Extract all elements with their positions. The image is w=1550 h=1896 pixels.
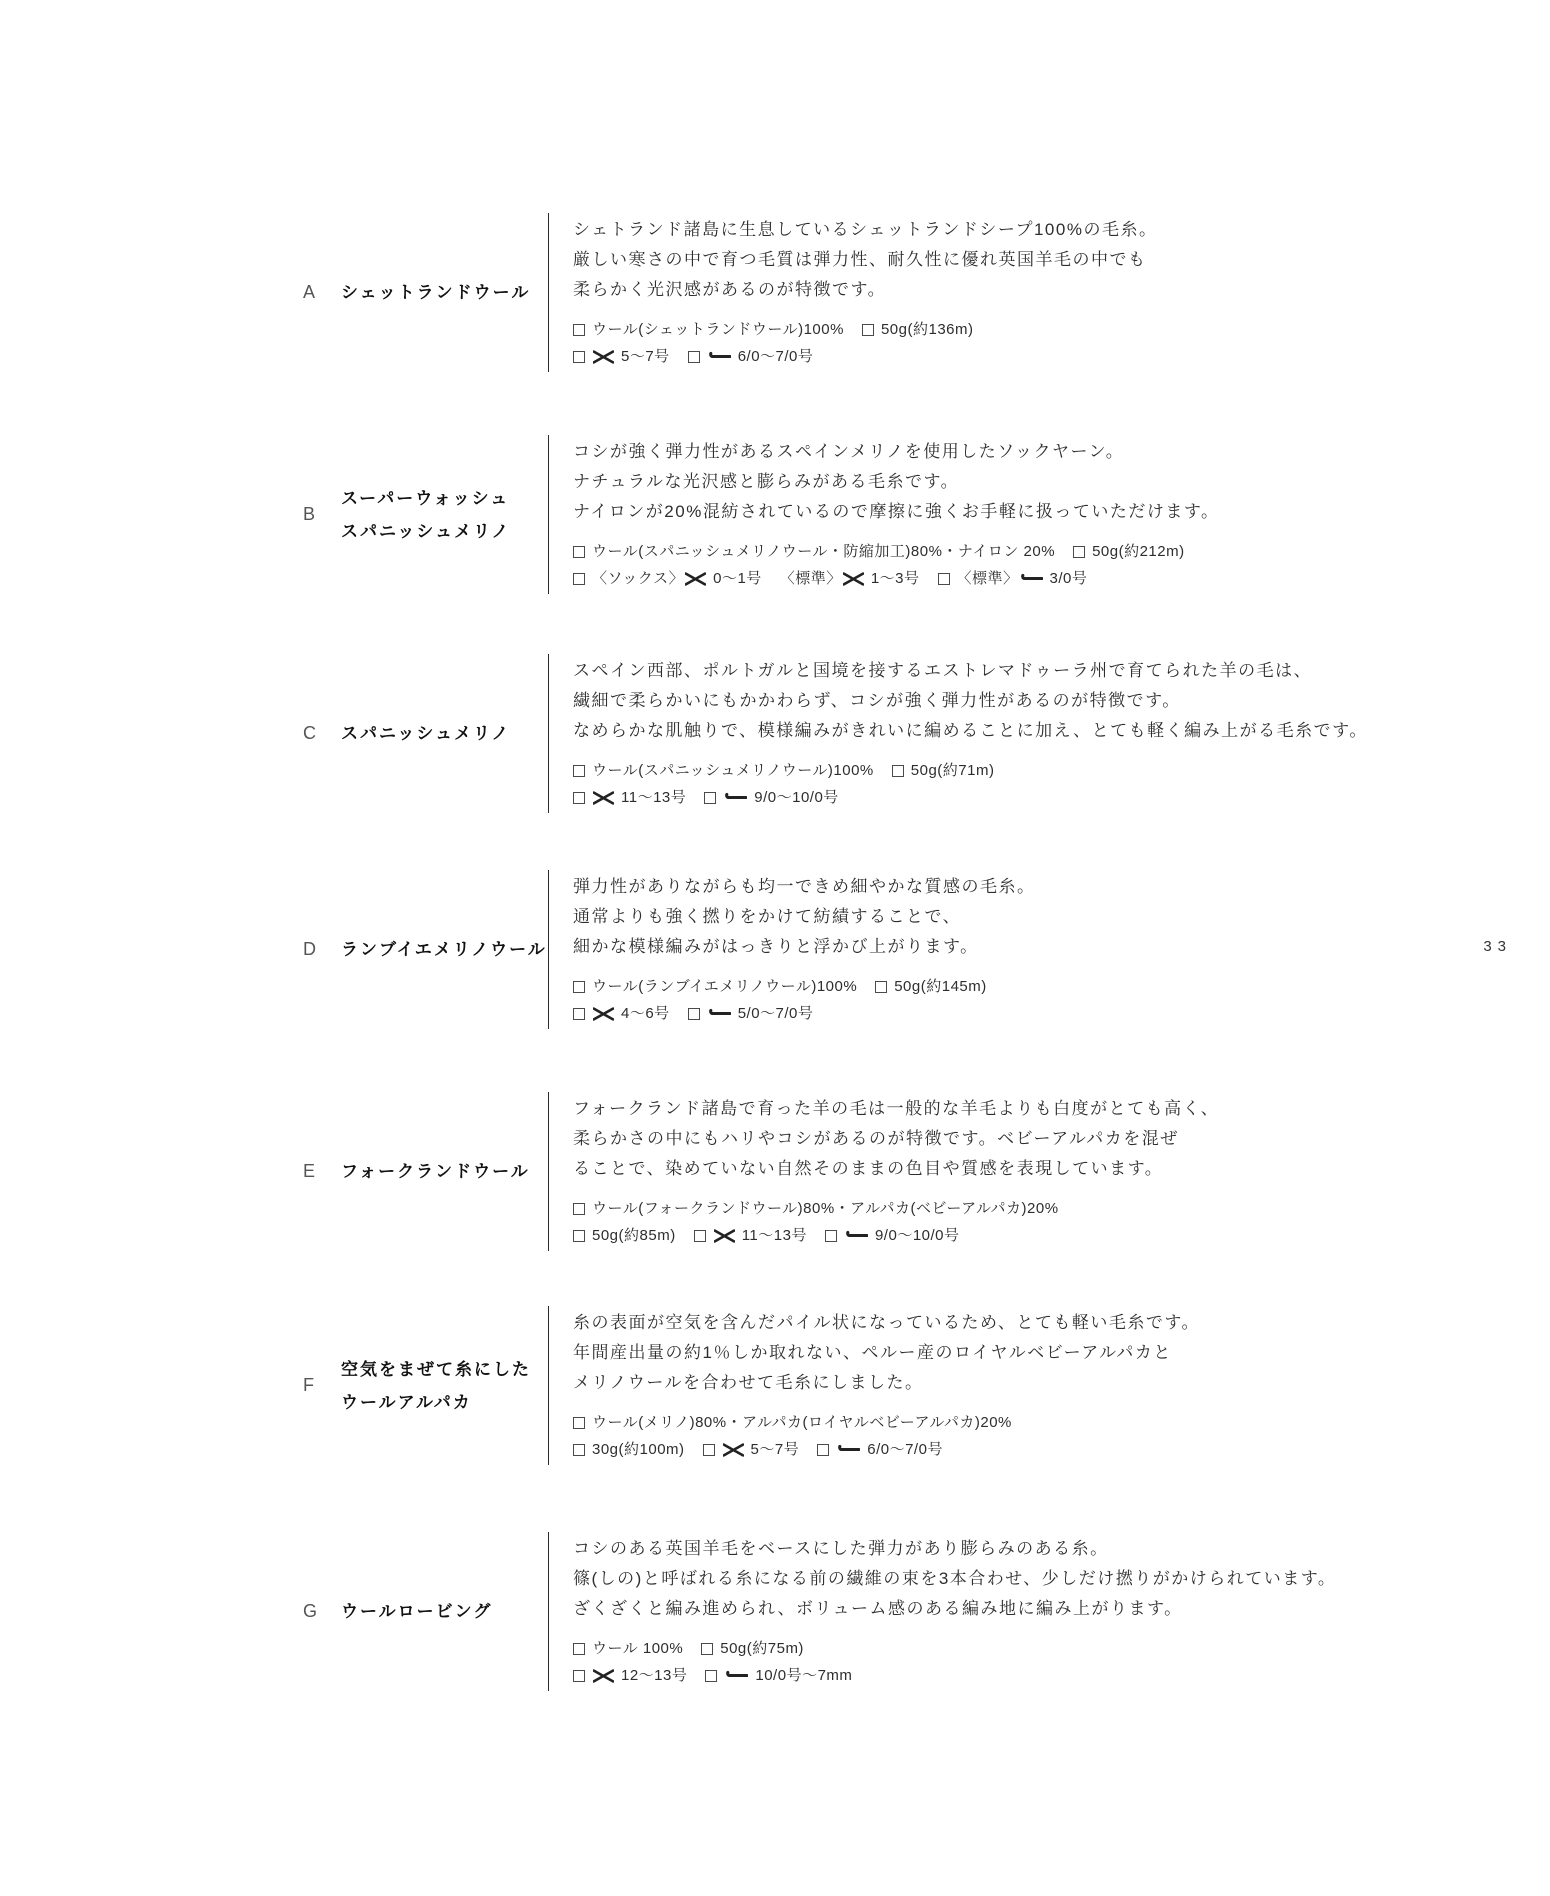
crochet-hook-icon [1020, 573, 1043, 584]
spec-text: ウール(メリノ)80%・アルパカ(ロイヤルベビーアルパカ)20% [592, 1409, 1012, 1436]
spec-text: ウール(スパニッシュメリノウール・防縮加工)80%・ナイロン 20% [592, 538, 1055, 565]
crochet-hook-icon [708, 1008, 731, 1019]
yarn-specs: ウール(スパニッシュメリノウール)100%50g(約71m)11〜13号9/0〜… [573, 757, 1550, 811]
crossed-knitting-needles-icon [593, 350, 614, 364]
description-line: 糸の表面が空気を含んだパイル状になっているため、とても軽い毛糸です。 [573, 1308, 1550, 1338]
yarn-name-line: スーパーウォッシュ [341, 482, 548, 515]
yarn-name-line: ウールアルパカ [341, 1386, 548, 1419]
yarn-name-line: スパニッシュメリノ [341, 717, 548, 750]
spec-text: 5〜7号 [751, 1436, 800, 1463]
crossed-knitting-needles-icon [593, 791, 614, 805]
spec-line: ウール(メリノ)80%・アルパカ(ロイヤルベビーアルパカ)20% [573, 1409, 1550, 1436]
yarn-name: ランブイエメリノウール [341, 933, 548, 966]
checkbox-icon [573, 1670, 585, 1682]
spec-text: 50g(約136m) [881, 316, 974, 343]
checkbox-icon [688, 1008, 700, 1020]
yarn-section-e: Eフォークランドウールフォークランド諸島で育った羊の毛は一般的な羊毛よりも白度が… [0, 1092, 1550, 1251]
section-content: 弾力性がありながらも均一できめ細やかな質感の毛糸。通常よりも強く撚りをかけて紡績… [548, 870, 1550, 1029]
section-content: コシのある英国羊毛をベースにした弾力があり膨らみのある糸。篠(しの)と呼ばれる糸… [548, 1532, 1550, 1691]
yarn-name: スーパーウォッシュスパニッシュメリノ [341, 482, 548, 548]
spec-line: 50g(約85m)11〜13号9/0〜10/0号 [573, 1222, 1550, 1249]
spec-text: 〈標準〉 [780, 565, 842, 592]
crossed-knitting-needles-icon [714, 1229, 735, 1243]
description-line: メリノウールを合わせて毛糸にしました。 [573, 1368, 1550, 1398]
yarn-name-line: ランブイエメリノウール [341, 933, 548, 966]
crochet-hook-icon [724, 792, 747, 803]
description-line: 繊細で柔らかいにもかかわらず、コシが強く弾力性があるのが特徴です。 [573, 686, 1550, 716]
checkbox-icon [573, 1230, 585, 1242]
description-line: コシが強く弾力性があるスペインメリノを使用したソックヤーン。 [573, 437, 1550, 467]
spec-text: 50g(約212m) [1092, 538, 1185, 565]
description-line: 篠(しの)と呼ばれる糸になる前の繊維の束を3本合わせ、少しだけ撚りがかけられてい… [573, 1564, 1550, 1594]
spec-text: 6/0〜7/0号 [867, 1436, 943, 1463]
section-content: 糸の表面が空気を含んだパイル状になっているため、とても軽い毛糸です。年間産出量の… [548, 1306, 1550, 1465]
description-line: 通常よりも強く撚りをかけて紡績することで、 [573, 902, 1550, 932]
checkbox-icon [938, 573, 950, 585]
checkbox-icon [705, 1670, 717, 1682]
checkbox-icon [1073, 546, 1085, 558]
checkbox-icon [573, 792, 585, 804]
spec-text: 4〜6号 [621, 1000, 670, 1027]
spec-text: 0〜1号 [713, 565, 762, 592]
checkbox-icon [573, 1203, 585, 1215]
yarn-specs: ウール(メリノ)80%・アルパカ(ロイヤルベビーアルパカ)20%30g(約100… [573, 1409, 1550, 1463]
section-letter: B [303, 504, 341, 525]
spec-line: 〈ソックス〉0〜1号〈標準〉1〜3号〈標準〉3/0号 [573, 565, 1550, 592]
checkbox-icon [703, 1444, 715, 1456]
crossed-knitting-needles-icon [593, 1007, 614, 1021]
spec-line: 4〜6号5/0〜7/0号 [573, 1000, 1550, 1027]
yarn-name-line: ウールロービング [341, 1595, 548, 1628]
checkbox-icon [573, 981, 585, 993]
yarn-section-d: Dランブイエメリノウール弾力性がありながらも均一できめ細やかな質感の毛糸。通常よ… [0, 870, 1550, 1029]
spec-text: 11〜13号 [621, 784, 686, 811]
spec-text: ウール 100% [592, 1635, 683, 1662]
yarn-description: フォークランド諸島で育った羊の毛は一般的な羊毛よりも白度がとても高く、柔らかさの… [573, 1094, 1550, 1184]
yarn-section-c: Cスパニッシュメリノスペイン西部、ポルトガルと国境を接するエストレマドゥーラ州で… [0, 654, 1550, 813]
yarn-name: フォークランドウール [341, 1155, 548, 1188]
spec-text: ウール(ランブイエメリノウール)100% [592, 973, 857, 1000]
crossed-knitting-needles-icon [593, 1669, 614, 1683]
checkbox-icon [694, 1230, 706, 1242]
yarn-description: シェトランド諸島に生息しているシェットランドシープ100%の毛糸。厳しい寒さの中… [573, 215, 1550, 305]
spec-text: 50g(約85m) [592, 1222, 676, 1249]
crossed-knitting-needles-icon [843, 572, 864, 586]
description-line: 年間産出量の約1％しか取れない、ペルー産のロイヤルベビーアルパカと [573, 1338, 1550, 1368]
checkbox-icon [892, 765, 904, 777]
yarn-name-line: スパニッシュメリノ [341, 515, 548, 548]
checkbox-icon [573, 1008, 585, 1020]
spec-line: ウール(フォークランドウール)80%・アルパカ(ベビーアルパカ)20% [573, 1195, 1550, 1222]
crochet-hook-icon [837, 1444, 860, 1455]
spec-text: 50g(約71m) [911, 757, 995, 784]
description-line: ることで、染めていない自然そのままの色目や質感を表現しています。 [573, 1154, 1550, 1184]
description-line: 弾力性がありながらも均一できめ細やかな質感の毛糸。 [573, 872, 1550, 902]
spec-text: 11〜13号 [742, 1222, 807, 1249]
checkbox-icon [573, 546, 585, 558]
description-line: スペイン西部、ポルトガルと国境を接するエストレマドゥーラ州で育てられた羊の毛は、 [573, 656, 1550, 686]
section-letter: G [303, 1601, 341, 1622]
section-content: コシが強く弾力性があるスペインメリノを使用したソックヤーン。ナチュラルな光沢感と… [548, 435, 1550, 594]
description-line: ナチュラルな光沢感と膨らみがある毛糸です。 [573, 467, 1550, 497]
description-line: 柔らかく光沢感があるのが特徴です。 [573, 275, 1550, 305]
spec-text: 5/0〜7/0号 [738, 1000, 814, 1027]
yarn-specs: ウール(スパニッシュメリノウール・防縮加工)80%・ナイロン 20%50g(約2… [573, 538, 1550, 592]
spec-text: 10/0号〜7mm [755, 1662, 852, 1689]
spec-text: 3/0号 [1050, 565, 1088, 592]
description-line: 厳しい寒さの中で育つ毛質は弾力性、耐久性に優れ英国羊毛の中でも [573, 245, 1550, 275]
yarn-specs: ウール(フォークランドウール)80%・アルパカ(ベビーアルパカ)20%50g(約… [573, 1195, 1550, 1249]
spec-line: ウール(スパニッシュメリノウール)100%50g(約71m) [573, 757, 1550, 784]
spec-text: 1〜3号 [871, 565, 920, 592]
spec-text: 5〜7号 [621, 343, 670, 370]
yarn-description: 弾力性がありながらも均一できめ細やかな質感の毛糸。通常よりも強く撚りをかけて紡績… [573, 872, 1550, 962]
yarn-name: シェットランドウール [341, 276, 548, 309]
yarn-name-line: フォークランドウール [341, 1155, 548, 1188]
description-line: なめらかな肌触りで、模様編みがきれいに編めることに加え、とても軽く編み上がる毛糸… [573, 716, 1550, 746]
checkbox-icon [573, 1417, 585, 1429]
yarn-description: コシのある英国羊毛をベースにした弾力があり膨らみのある糸。篠(しの)と呼ばれる糸… [573, 1534, 1550, 1624]
description-line: シェトランド諸島に生息しているシェットランドシープ100%の毛糸。 [573, 215, 1550, 245]
section-content: シェトランド諸島に生息しているシェットランドシープ100%の毛糸。厳しい寒さの中… [548, 213, 1550, 372]
yarn-name: ウールロービング [341, 1595, 548, 1628]
spec-text: 9/0〜10/0号 [875, 1222, 960, 1249]
checkbox-icon [817, 1444, 829, 1456]
crossed-knitting-needles-icon [723, 1443, 744, 1457]
spec-text: 〈ソックス〉 [592, 565, 684, 592]
spec-text: ウール(フォークランドウール)80%・アルパカ(ベビーアルパカ)20% [592, 1195, 1059, 1222]
checkbox-icon [701, 1643, 713, 1655]
description-line: コシのある英国羊毛をベースにした弾力があり膨らみのある糸。 [573, 1534, 1550, 1564]
checkbox-icon [573, 765, 585, 777]
spec-text: 30g(約100m) [592, 1436, 685, 1463]
checkbox-icon [862, 324, 874, 336]
spec-text: 〈標準〉 [957, 565, 1019, 592]
description-line: 柔らかさの中にもハリやコシがあるのが特徴です。ベビーアルパカを混ぜ [573, 1124, 1550, 1154]
yarn-name: 空気をまぜて糸にしたウールアルパカ [341, 1353, 548, 1419]
section-letter: A [303, 282, 341, 303]
yarn-section-g: Gウールロービングコシのある英国羊毛をベースにした弾力があり膨らみのある糸。篠(… [0, 1532, 1550, 1691]
section-content: フォークランド諸島で育った羊の毛は一般的な羊毛よりも白度がとても高く、柔らかさの… [548, 1092, 1550, 1251]
spec-text: 50g(約145m) [894, 973, 987, 1000]
spec-line: 11〜13号9/0〜10/0号 [573, 784, 1550, 811]
checkbox-icon [875, 981, 887, 993]
checkbox-icon [688, 351, 700, 363]
yarn-description: 糸の表面が空気を含んだパイル状になっているため、とても軽い毛糸です。年間産出量の… [573, 1308, 1550, 1398]
yarn-specs: ウール(シェットランドウール)100%50g(約136m)5〜7号6/0〜7/0… [573, 316, 1550, 370]
spec-line: 5〜7号6/0〜7/0号 [573, 343, 1550, 370]
spec-text: ウール(スパニッシュメリノウール)100% [592, 757, 874, 784]
crochet-hook-icon [708, 351, 731, 362]
section-content: スペイン西部、ポルトガルと国境を接するエストレマドゥーラ州で育てられた羊の毛は、… [548, 654, 1550, 813]
checkbox-icon [573, 324, 585, 336]
spec-line: ウール(シェットランドウール)100%50g(約136m) [573, 316, 1550, 343]
spec-text: 6/0〜7/0号 [738, 343, 814, 370]
section-letter: E [303, 1161, 341, 1182]
checkbox-icon [573, 351, 585, 363]
section-letter: C [303, 723, 341, 744]
yarn-section-f: F空気をまぜて糸にしたウールアルパカ糸の表面が空気を含んだパイル状になっているた… [0, 1306, 1550, 1465]
spec-line: 12〜13号10/0号〜7mm [573, 1662, 1550, 1689]
crossed-knitting-needles-icon [685, 572, 706, 586]
checkbox-icon [573, 1643, 585, 1655]
yarn-section-a: Aシェットランドウールシェトランド諸島に生息しているシェットランドシープ100%… [0, 213, 1550, 372]
crochet-hook-icon [845, 1230, 868, 1241]
checkbox-icon [573, 573, 585, 585]
section-letter: F [303, 1375, 341, 1396]
description-line: ナイロンが20%混紡されているので摩擦に強くお手軽に扱っていただけます。 [573, 497, 1550, 527]
spec-text: 12〜13号 [621, 1662, 687, 1689]
yarn-specs: ウール(ランブイエメリノウール)100%50g(約145m)4〜6号5/0〜7/… [573, 973, 1550, 1027]
section-letter: D [303, 939, 341, 960]
yarn-description: スペイン西部、ポルトガルと国境を接するエストレマドゥーラ州で育てられた羊の毛は、… [573, 656, 1550, 746]
spec-text: 9/0〜10/0号 [754, 784, 839, 811]
description-line: フォークランド諸島で育った羊の毛は一般的な羊毛よりも白度がとても高く、 [573, 1094, 1550, 1124]
description-line: 細かな模様編みがはっきりと浮かび上がります。 [573, 932, 1550, 962]
spec-line: ウール(スパニッシュメリノウール・防縮加工)80%・ナイロン 20%50g(約2… [573, 538, 1550, 565]
spec-line: 30g(約100m)5〜7号6/0〜7/0号 [573, 1436, 1550, 1463]
yarn-section-b: Bスーパーウォッシュスパニッシュメリノコシが強く弾力性があるスペインメリノを使用… [0, 435, 1550, 594]
yarn-name-line: 空気をまぜて糸にした [341, 1353, 548, 1386]
spec-line: ウール(ランブイエメリノウール)100%50g(約145m) [573, 973, 1550, 1000]
spec-line: ウール 100%50g(約75m) [573, 1635, 1550, 1662]
yarn-description: コシが強く弾力性があるスペインメリノを使用したソックヤーン。ナチュラルな光沢感と… [573, 437, 1550, 527]
yarn-name-line: シェットランドウール [341, 276, 548, 309]
spec-text: 50g(約75m) [720, 1635, 804, 1662]
description-line: ざくざくと編み進められ、ボリューム感のある編み地に編み上がります。 [573, 1594, 1550, 1624]
checkbox-icon [825, 1230, 837, 1242]
yarn-specs: ウール 100%50g(約75m)12〜13号10/0号〜7mm [573, 1635, 1550, 1689]
crochet-hook-icon [725, 1670, 748, 1681]
checkbox-icon [704, 792, 716, 804]
checkbox-icon [573, 1444, 585, 1456]
spec-text: ウール(シェットランドウール)100% [592, 316, 844, 343]
yarn-name: スパニッシュメリノ [341, 717, 548, 750]
